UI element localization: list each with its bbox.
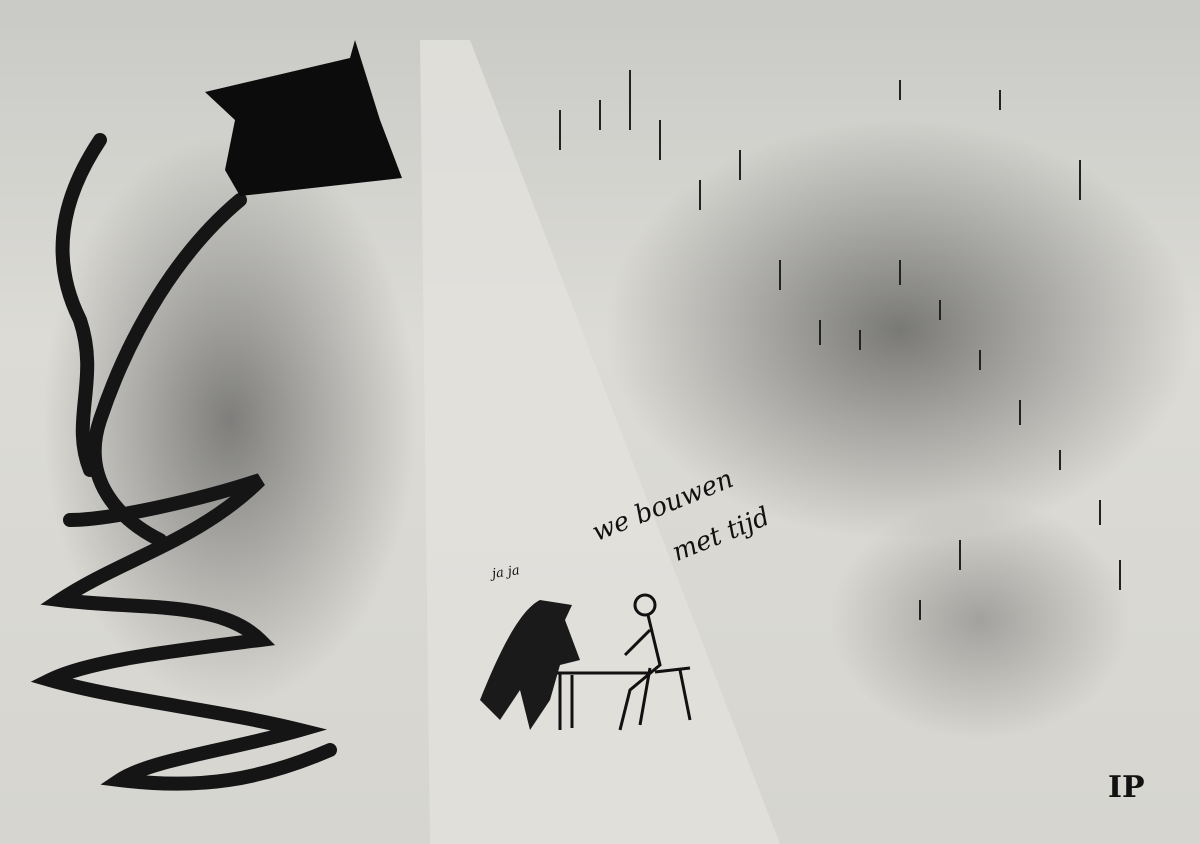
drawing	[0, 0, 1200, 844]
light-path	[420, 40, 780, 844]
scribble-figure	[50, 140, 330, 784]
black-flag	[205, 40, 402, 196]
artist-signature: IP	[1108, 770, 1145, 805]
